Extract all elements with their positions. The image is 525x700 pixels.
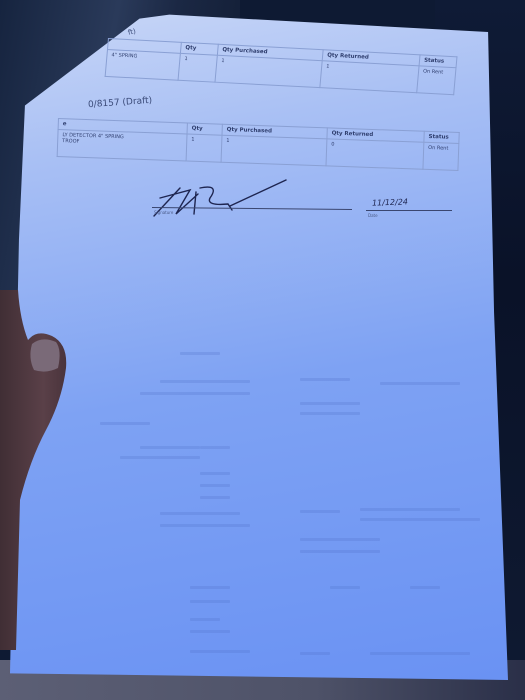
table-cell: 1	[186, 134, 222, 162]
table-cell: LY DETECTOR 4" SPRING TROOF	[57, 130, 187, 161]
date-label: Date	[368, 213, 378, 218]
section2-table: eQtyQty PurchasedQty ReturnedStatus LY D…	[57, 118, 460, 171]
signature-scrawl	[150, 176, 290, 224]
section2-title: 0/8157 (Draft)	[88, 96, 153, 110]
signature-label: Signature	[154, 210, 173, 215]
table-cell: On Rent	[417, 66, 456, 95]
date-handwritten: 11/12/24	[372, 197, 408, 207]
date-line	[366, 210, 452, 211]
section1-table: QtyQty PurchasedQty ReturnedStatus 4" SP…	[105, 38, 458, 95]
table-cell: 1	[221, 135, 327, 166]
table-cell: 1	[215, 55, 322, 87]
table-cell: 0	[326, 139, 424, 169]
table-cell: 4" SPRING	[105, 49, 180, 80]
table-cell: 1	[178, 53, 217, 82]
table-cell: 1	[320, 61, 419, 93]
table-cell: On Rent	[423, 142, 459, 170]
hand-thumb	[0, 290, 85, 650]
section1-title: ft)	[127, 27, 136, 36]
